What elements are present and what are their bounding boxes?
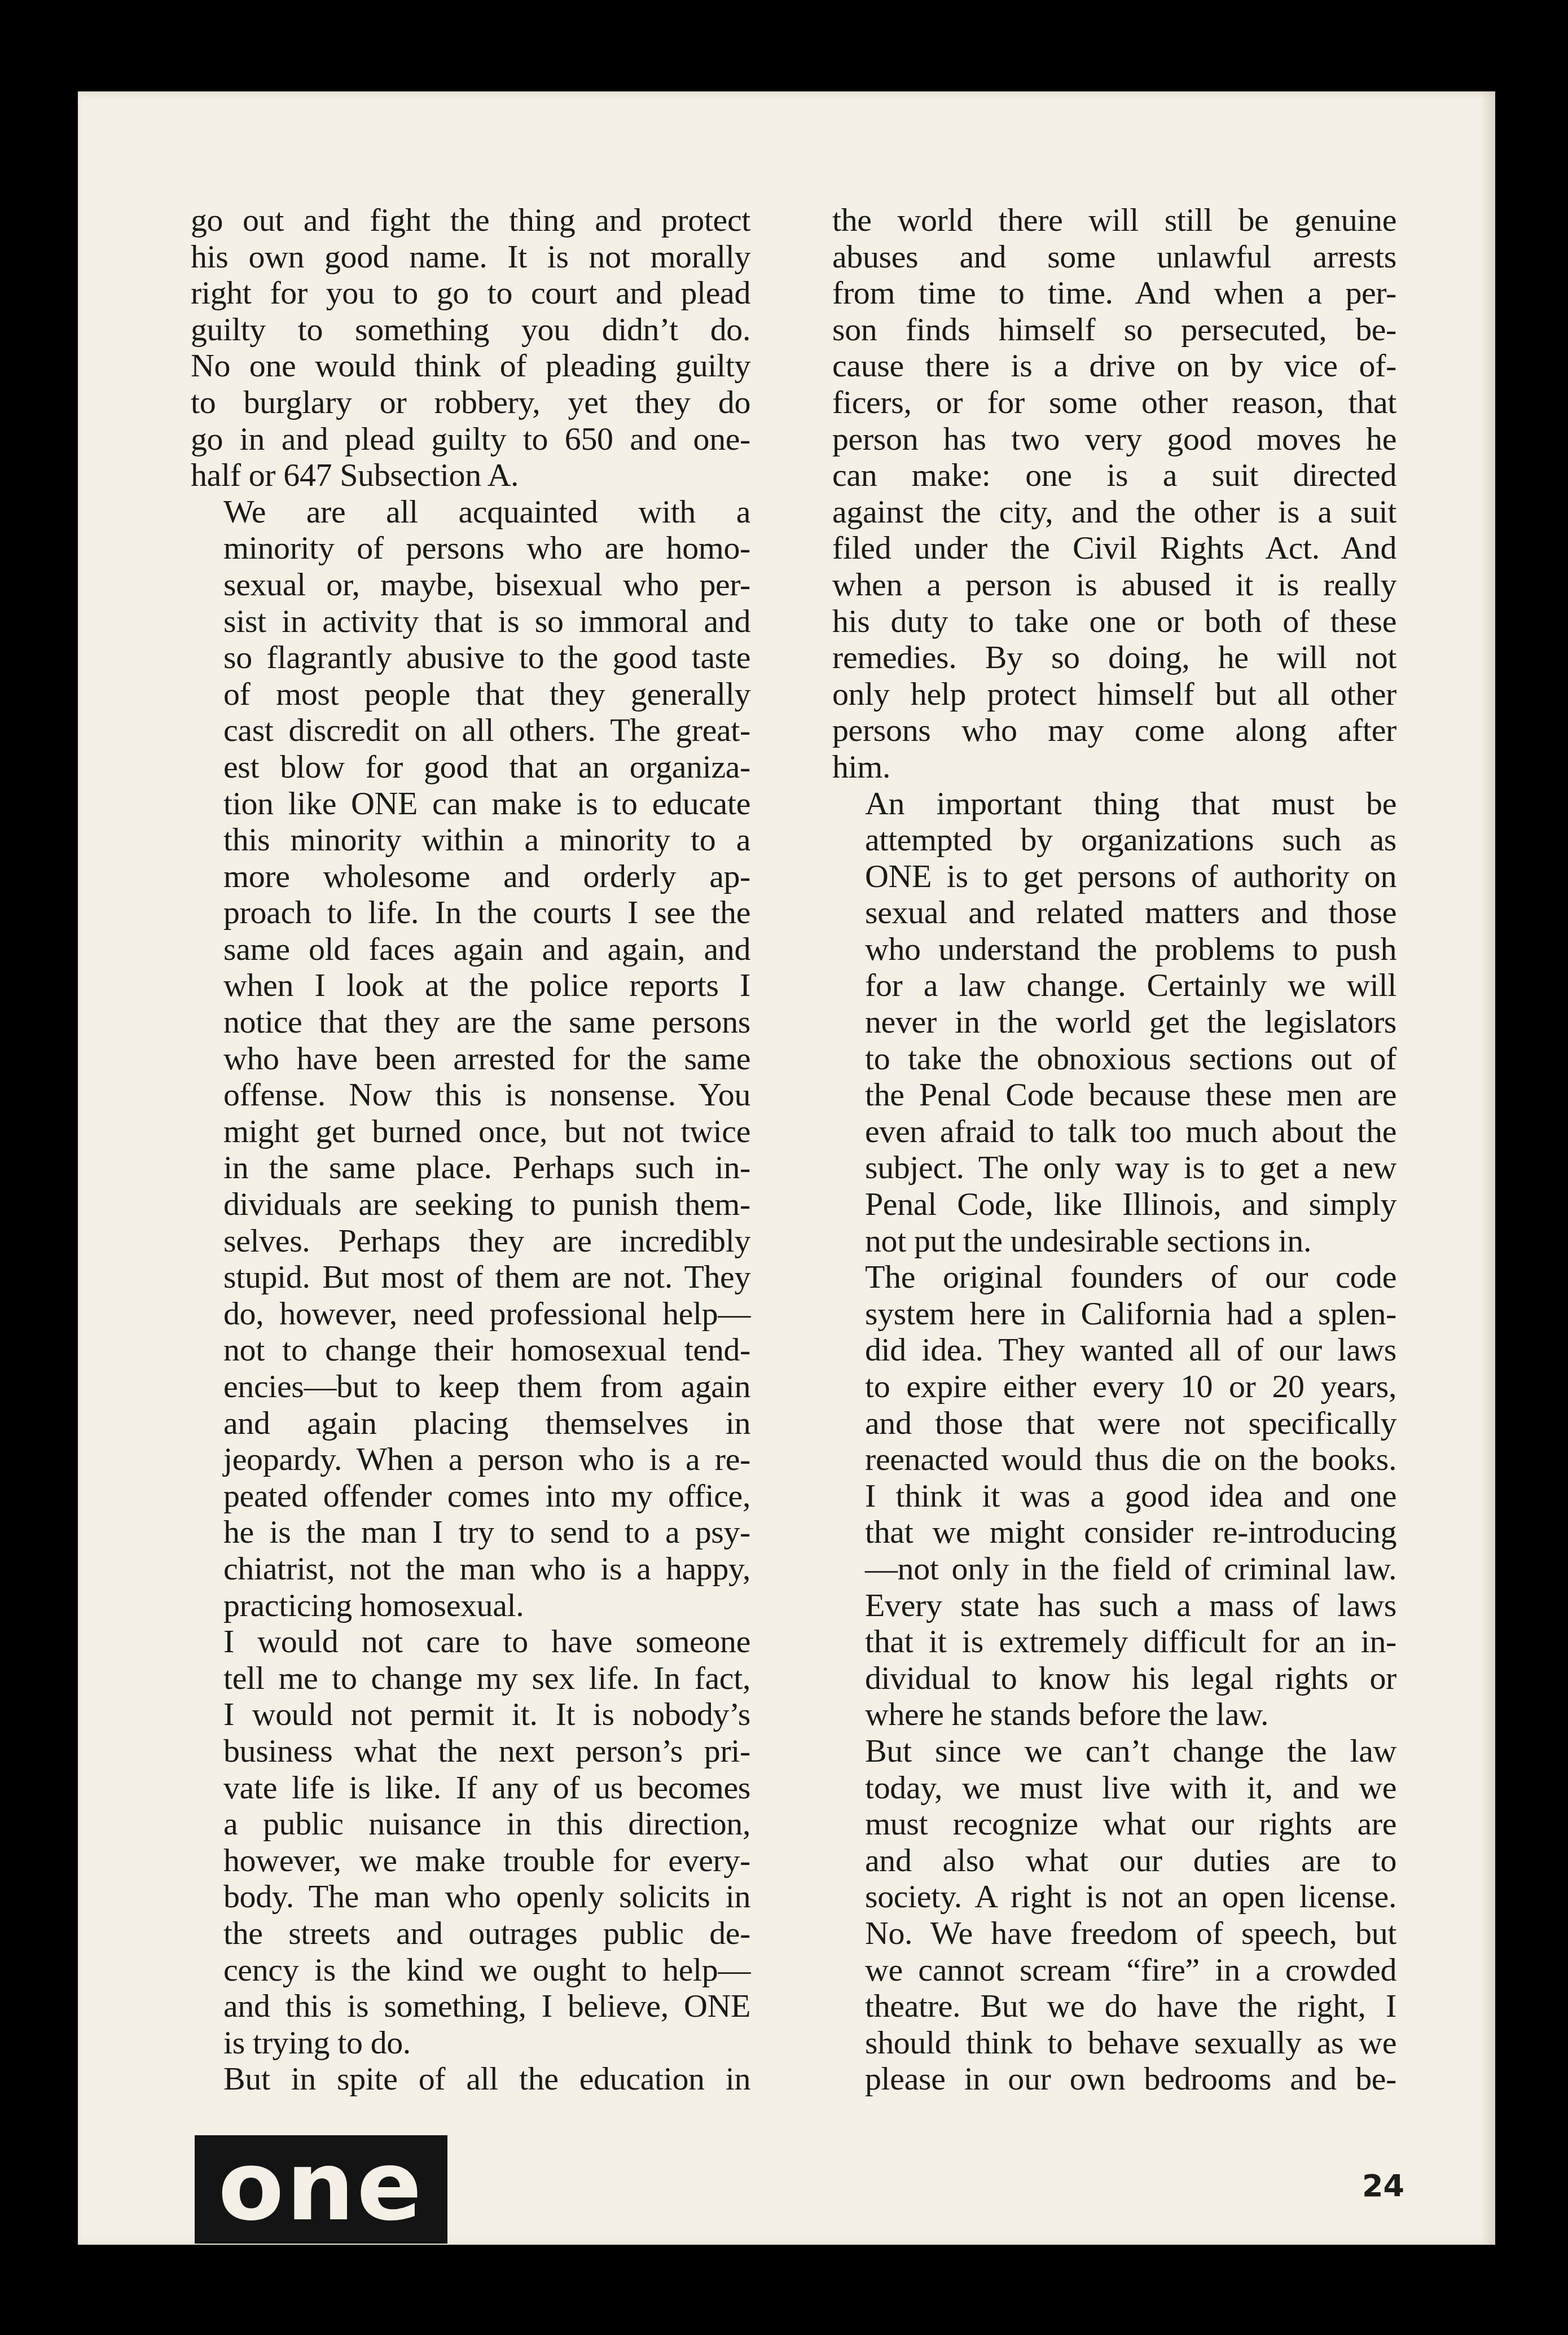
magazine-page: go out and fight the thing and protecthi… [78, 91, 1495, 2245]
text-line: to take the obnoxious sections out of [832, 1041, 1396, 1077]
paragraph: But in spite of all the education in [191, 2061, 750, 2097]
text-line: when a person is abused it is really [832, 567, 1396, 603]
text-line: stupid. But most of them are not. They [191, 1259, 750, 1296]
right-text-column: the world there will still be genuineabu… [832, 202, 1396, 2097]
text-line: that we might consider re-introducing [832, 1514, 1396, 1551]
text-line: for a law change. Certainly we will [832, 967, 1396, 1004]
text-line: But since we can’t change the law [832, 1733, 1396, 1770]
text-line: sexual or, maybe, bisexual who per- [191, 567, 750, 603]
text-line: vate life is like. If any of us becomes [191, 1770, 750, 1806]
text-line: his own good name. It is not morally [191, 239, 750, 275]
text-line: encies—but to keep them from again [191, 1368, 750, 1405]
text-line: from time to time. And when a per- [832, 275, 1396, 311]
text-line: I would not care to have someone [191, 1623, 750, 1660]
text-line: a public nuisance in this direction, [191, 1806, 750, 1842]
text-line: this minority within a minority to a [191, 822, 750, 858]
text-line: even afraid to talk too much about the [832, 1113, 1396, 1150]
text-line: his duty to take one or both of these [832, 603, 1396, 640]
text-line: We are all acquainted with a [191, 494, 750, 530]
text-line: and also what our duties are to [832, 1842, 1396, 1879]
text-line: ficers, or for some other reason, that [832, 384, 1396, 421]
text-line: never in the world get the legislators [832, 1004, 1396, 1041]
text-line: notice that they are the same persons [191, 1004, 750, 1041]
text-line: the Penal Code because these men are [832, 1077, 1396, 1113]
paragraph: I would not care to have someonetell me … [191, 1623, 750, 2061]
text-line: attempted by organizations such as [832, 822, 1396, 858]
text-line: to expire either every 10 or 20 years, [832, 1368, 1396, 1405]
paragraph: go out and fight the thing and protecthi… [191, 202, 750, 494]
paragraph: We are all acquainted with aminority of … [191, 494, 750, 1623]
text-line: who understand the problems to push [832, 931, 1396, 968]
text-line: est blow for good that an organiza- [191, 749, 750, 785]
text-line: to burglary or robbery, yet they do [191, 384, 750, 421]
paragraph: But since we can’t change the lawtoday, … [832, 1733, 1396, 2097]
text-line: did idea. They wanted all of our laws [832, 1332, 1396, 1368]
text-line: reenacted would thus die on the books. [832, 1441, 1396, 1478]
text-line: remedies. By so doing, he will not [832, 639, 1396, 676]
text-line: sist in activity that is so immoral and [191, 603, 750, 640]
text-line: ONE is to get persons of authority on [832, 858, 1396, 895]
text-line: only help protect himself but all other [832, 676, 1396, 713]
text-line: same old faces again and again, and [191, 931, 750, 968]
text-line: can make: one is a suit directed [832, 457, 1396, 494]
text-line: and this is something, I believe, ONE [191, 1988, 750, 2025]
text-line: the streets and outrages public de- [191, 1915, 750, 1952]
text-line: right for you to go to court and plead [191, 275, 750, 311]
text-line: tion like ONE can make is to educate [191, 785, 750, 822]
text-line: offense. Now this is nonsense. You [191, 1077, 750, 1113]
text-line: however, we make trouble for every- [191, 1842, 750, 1879]
text-line: against the city, and the other is a sui… [832, 494, 1396, 530]
text-line: subject. The only way is to get a new [832, 1149, 1396, 1186]
text-line: No. We have freedom of speech, but [832, 1915, 1396, 1952]
text-line: —not only in the field of criminal law. [832, 1551, 1396, 1587]
paragraph: The original founders of our codesystem … [832, 1259, 1396, 1733]
text-line: is trying to do. [191, 2025, 750, 2061]
text-line: persons who may come along after [832, 712, 1396, 749]
text-line: in the same place. Perhaps such in- [191, 1149, 750, 1186]
text-line: I would not permit it. It is nobody’s [191, 1696, 750, 1733]
text-line: The original founders of our code [832, 1259, 1396, 1296]
text-line: chiatrist, not the man who is a happy, [191, 1551, 750, 1587]
text-line: and again placing themselves in [191, 1405, 750, 1442]
text-line: filed under the Civil Rights Act. And [832, 530, 1396, 567]
text-line: must recognize what our rights are [832, 1806, 1396, 1842]
text-line: who have been arrested for the same [191, 1041, 750, 1077]
paragraph: An important thing that must beattempted… [832, 785, 1396, 1259]
text-line: I think it was a good idea and one [832, 1478, 1396, 1515]
text-line: son finds himself so persecuted, be- [832, 311, 1396, 348]
text-line: dividual to know his legal rights or [832, 1660, 1396, 1697]
text-line: Penal Code, like Illinois, and simply [832, 1186, 1396, 1223]
text-line: minority of persons who are homo- [191, 530, 750, 567]
text-line: No one would think of pleading guilty [191, 348, 750, 384]
text-line: him. [832, 749, 1396, 785]
text-line: might get burned once, but not twice [191, 1113, 750, 1150]
text-line: society. A right is not an open license. [832, 1878, 1396, 1915]
text-line: the world there will still be genuine [832, 202, 1396, 239]
text-line: system here in California had a splen- [832, 1296, 1396, 1332]
text-line: more wholesome and orderly ap- [191, 858, 750, 895]
text-line: should think to behave sexually as we [832, 2025, 1396, 2061]
text-line: not put the undesirable sections in. [832, 1223, 1396, 1259]
text-line: person has two very good moves he [832, 421, 1396, 458]
text-line: we cannot scream “fire” in a crowded [832, 1952, 1396, 1989]
text-line: tell me to change my sex life. In fact, [191, 1660, 750, 1697]
text-line: dividuals are seeking to punish them- [191, 1186, 750, 1223]
logo-wordmark: one [218, 2139, 424, 2235]
text-line: do, however, need professional help— [191, 1296, 750, 1332]
text-line: abuses and some unlawful arrests [832, 239, 1396, 275]
text-line: guilty to something you didn’t do. [191, 311, 750, 348]
page-number: 24 [1362, 2168, 1404, 2204]
text-line: theatre. But we do have the right, I [832, 1988, 1396, 2025]
paragraph: the world there will still be genuineabu… [832, 202, 1396, 785]
text-line: where he stands before the law. [832, 1696, 1396, 1733]
text-line: not to change their homosexual tend- [191, 1332, 750, 1368]
text-line: But in spite of all the education in [191, 2061, 750, 2097]
text-line: business what the next person’s pri- [191, 1733, 750, 1770]
text-line: proach to life. In the courts I see the [191, 894, 750, 931]
text-line: peated offender comes into my office, [191, 1478, 750, 1515]
text-line: cause there is a drive on by vice of- [832, 348, 1396, 384]
text-line: jeopardy. When a person who is a re- [191, 1441, 750, 1478]
text-line: sexual and related matters and those [832, 894, 1396, 931]
text-line: selves. Perhaps they are incredibly [191, 1223, 750, 1259]
text-line: go in and plead guilty to 650 and one- [191, 421, 750, 458]
text-line: he is the man I try to send to a psy- [191, 1514, 750, 1551]
text-line: An important thing that must be [832, 785, 1396, 822]
left-text-column: go out and fight the thing and protecthi… [191, 202, 750, 2097]
one-magazine-logo: one [195, 2135, 447, 2244]
text-line: Every state has such a mass of laws [832, 1587, 1396, 1624]
text-line: and those that were not specifically [832, 1405, 1396, 1442]
text-line: today, we must live with it, and we [832, 1770, 1396, 1806]
text-line: when I look at the police reports I [191, 967, 750, 1004]
text-line: half or 647 Subsection A. [191, 457, 750, 494]
text-line: of most people that they generally [191, 676, 750, 713]
text-line: please in our own bedrooms and be- [832, 2061, 1396, 2097]
text-line: cast discredit on all others. The great- [191, 712, 750, 749]
text-line: go out and fight the thing and protect [191, 202, 750, 239]
text-line: body. The man who openly solicits in [191, 1878, 750, 1915]
text-line: cency is the kind we ought to help— [191, 1952, 750, 1989]
text-line: practicing homosexual. [191, 1587, 750, 1624]
text-line: so flagrantly abusive to the good taste [191, 639, 750, 676]
text-line: that it is extremely difficult for an in… [832, 1623, 1396, 1660]
